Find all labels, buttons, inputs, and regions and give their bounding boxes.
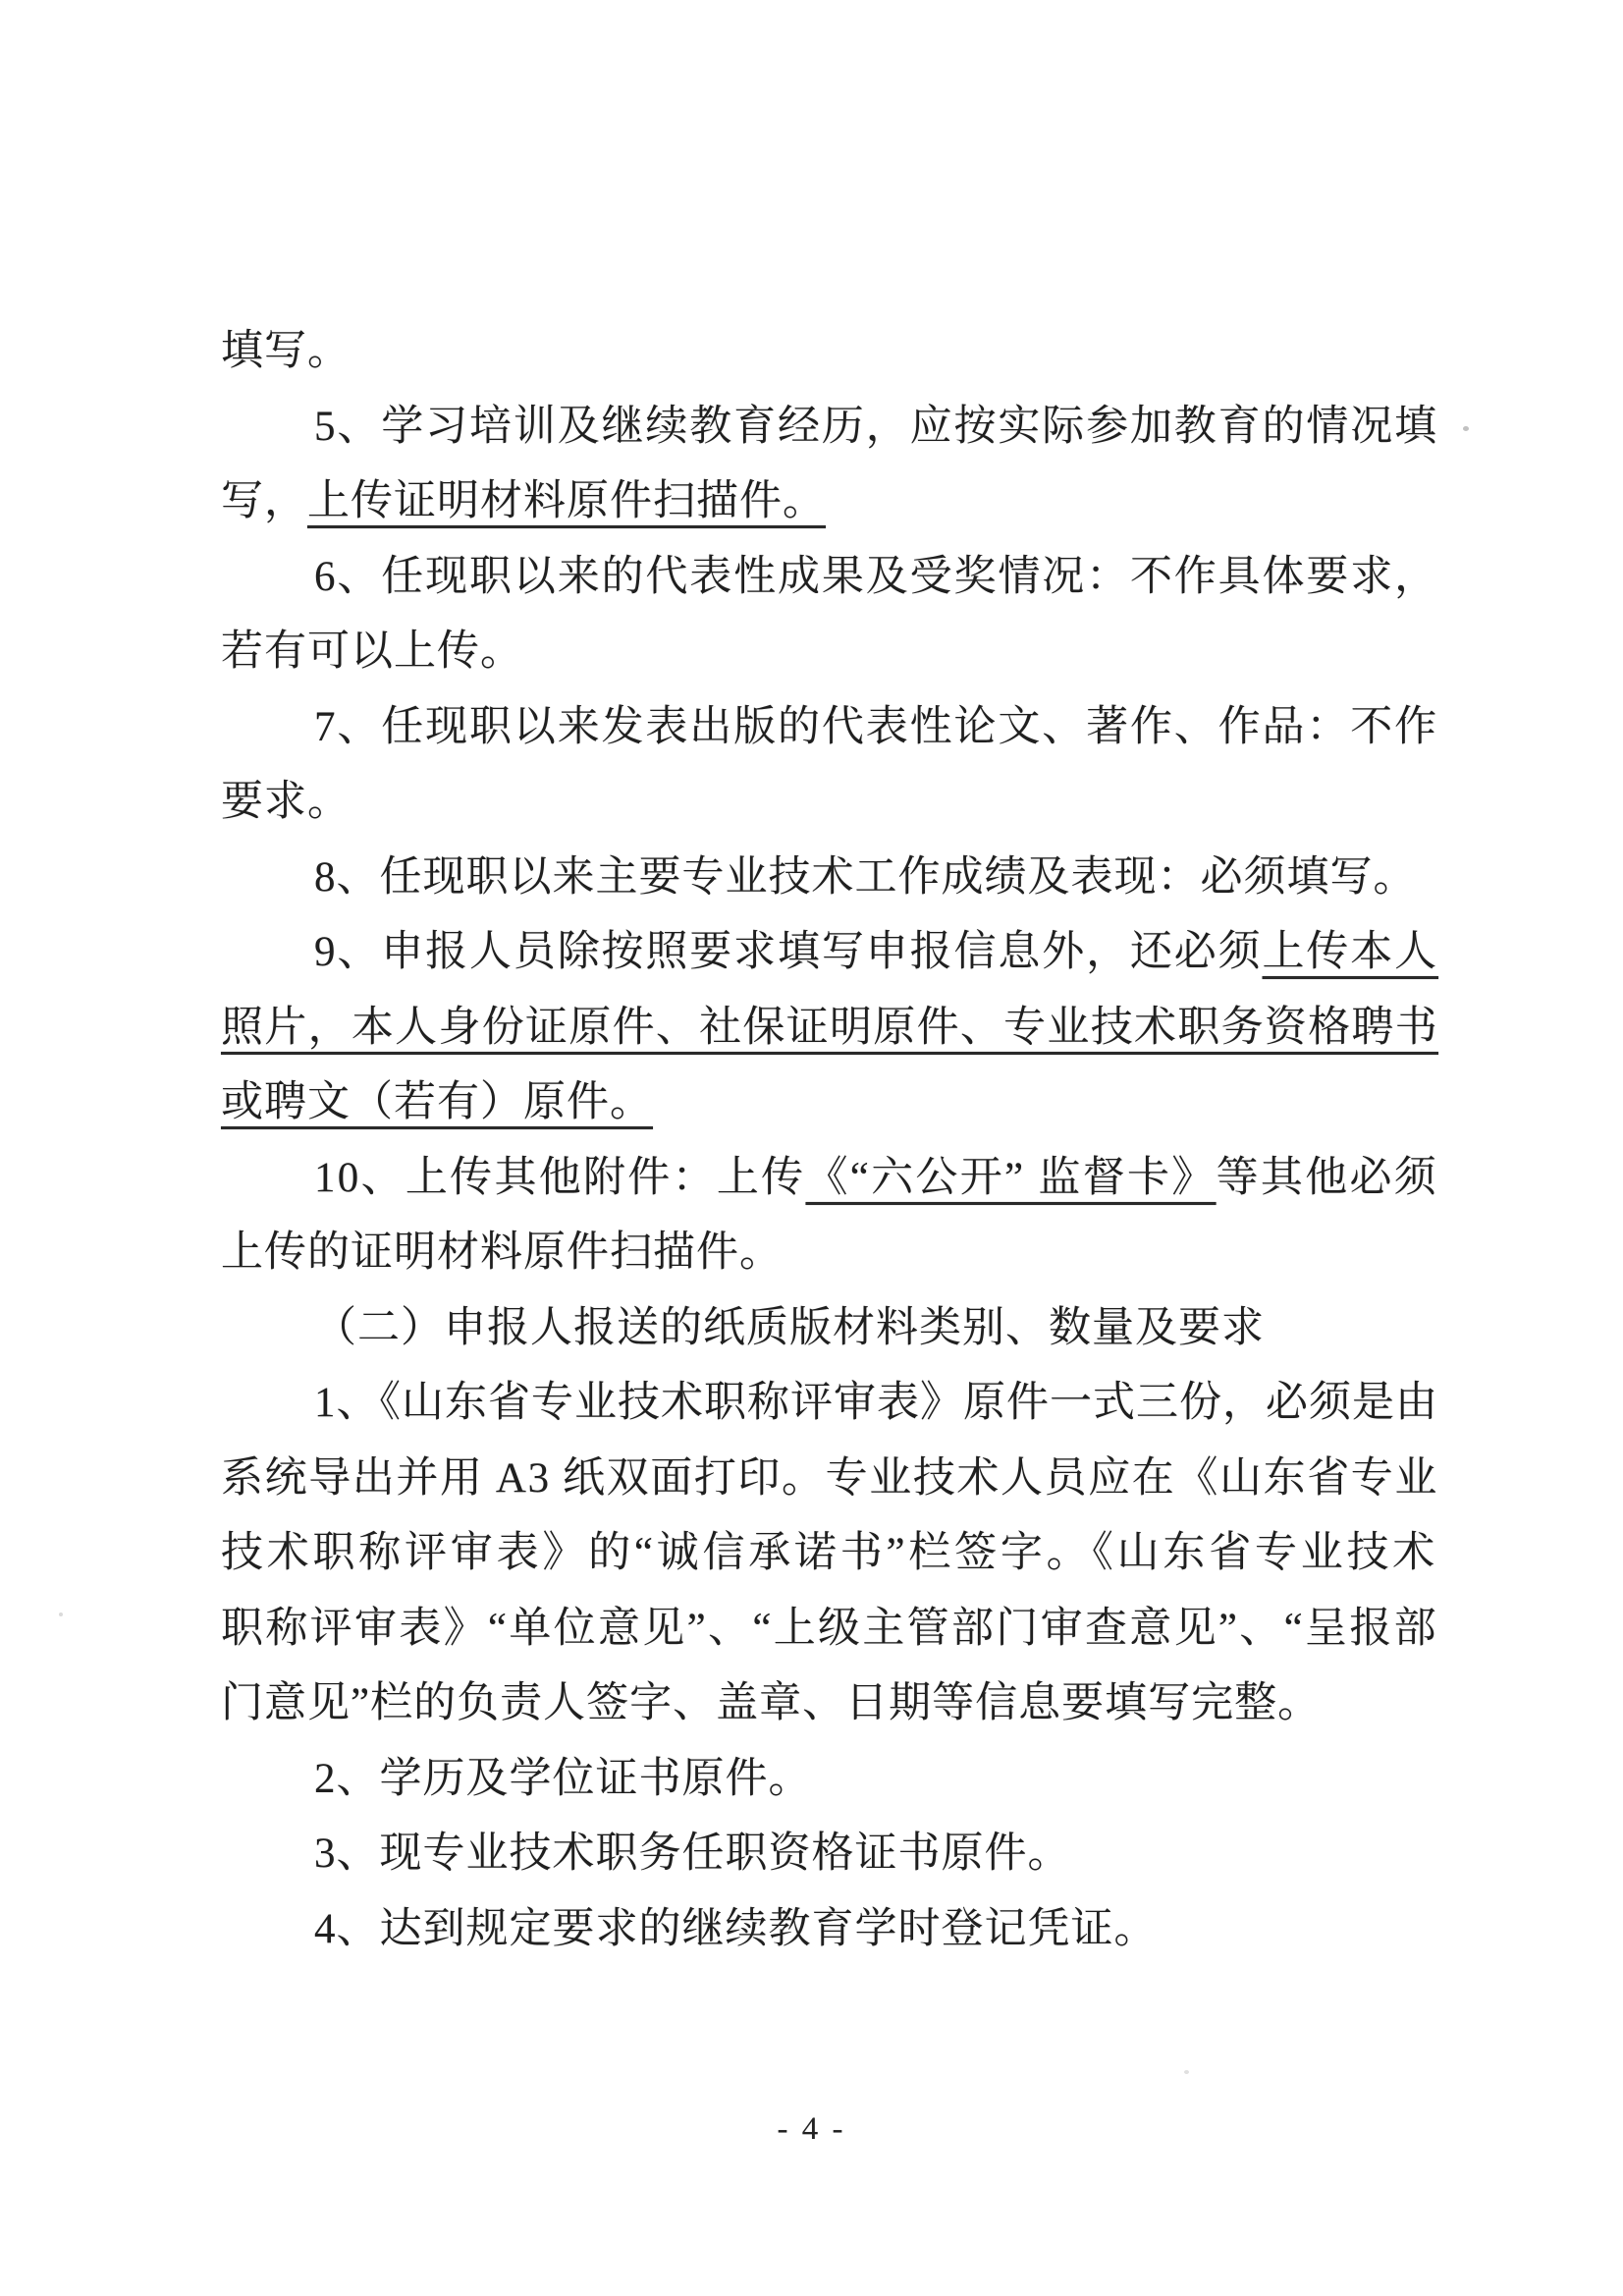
text-row: 9、申报人员除按照要求填写申报信息外，还必须上传本人 <box>314 929 1438 975</box>
text-segment: 9、申报人员除按照要求填写申报信息外，还必须 <box>314 929 1263 975</box>
underlined-text: 上传本人 <box>1263 929 1438 975</box>
text-line: 7、任现职以来发表出版的代表性论文、著作、作品：不作 <box>221 690 1438 766</box>
text-line: 5、学习培训及继续教育经历，应按实际参加教育的情况填 <box>221 390 1438 465</box>
text-row: 填写。 <box>221 328 351 374</box>
text-segment: 10、上传其他附件：上传 <box>314 1155 805 1201</box>
text-segment: 系统导出并用 A3 纸双面打印。专业技术人员应在《山东省专业 <box>221 1455 1438 1502</box>
text-segment: 等其他必须 <box>1217 1155 1438 1201</box>
text-segment: 5、学习培训及继续教育经历，应按实际参加教育的情况填 <box>314 404 1438 450</box>
text-line: （二）申报人报送的纸质版材料类别、数量及要求 <box>221 1291 1438 1367</box>
text-segment: 3、现专业技术职务任职资格证书原件。 <box>314 1831 1071 1877</box>
text-line: 4、达到规定要求的继续教育学时登记凭证。 <box>221 1892 1438 1968</box>
text-line: 技术职称评审表》的“诚信承诺书”栏签字。《山东省专业技术 <box>221 1516 1438 1592</box>
text-segment: 要求。 <box>221 779 351 825</box>
text-row: 写，上传证明材料原件扫描件。 <box>221 478 826 524</box>
text-line: 系统导出并用 A3 纸双面打印。专业技术人员应在《山东省专业 <box>221 1442 1438 1517</box>
text-line: 2、学历及学位证书原件。 <box>221 1742 1438 1818</box>
scan-speck <box>59 1613 63 1616</box>
text-line: 8、任现职以来主要专业技术工作成绩及表现：必须填写。 <box>221 841 1438 916</box>
text-line: 1、《山东省专业技术职称评审表》原件一式三份，必须是由 <box>221 1366 1438 1442</box>
scan-speck <box>1463 426 1469 431</box>
text-segment: 2、学历及学位证书原件。 <box>314 1756 812 1802</box>
text-row: 技术职称评审表》的“诚信承诺书”栏签字。《山东省专业技术 <box>221 1530 1438 1576</box>
text-row: 1、《山东省专业技术职称评审表》原件一式三份，必须是由 <box>314 1380 1438 1426</box>
text-row: 职称评审表》“单位意见”、“上级主管部门审查意见”、“呈报部 <box>221 1606 1438 1652</box>
text-line: 或聘文（若有）原件。 <box>221 1066 1438 1141</box>
text-row: 门意见”栏的负责人签字、盖章、日期等信息要填写完整。 <box>221 1680 1321 1726</box>
text-line: 上传的证明材料原件扫描件。 <box>221 1216 1438 1291</box>
text-segment: 门意见”栏的负责人签字、盖章、日期等信息要填写完整。 <box>221 1680 1321 1726</box>
text-segment: 7、任现职以来发表出版的代表性论文、著作、作品：不作 <box>314 704 1438 750</box>
text-segment: 职称评审表》“单位意见”、“上级主管部门审查意见”、“呈报部 <box>221 1606 1438 1652</box>
text-line: 照片，本人身份证原件、社保证明原件、专业技术职务资格聘书 <box>221 991 1438 1066</box>
text-row: 照片，本人身份证原件、社保证明原件、专业技术职务资格聘书 <box>221 1005 1438 1051</box>
text-segment: 写， <box>221 478 307 524</box>
text-segment: 6、任现职以来的代表性成果及受奖情况：不作具体要求， <box>314 554 1438 600</box>
underlined-text: 上传证明材料原件扫描件。 <box>307 478 826 524</box>
underlined-text: 或聘文（若有）原件。 <box>221 1079 653 1125</box>
text-line: 要求。 <box>221 765 1438 841</box>
text-line: 职称评审表》“单位意见”、“上级主管部门审查意见”、“呈报部 <box>221 1592 1438 1667</box>
text-row: 7、任现职以来发表出版的代表性论文、著作、作品：不作 <box>314 704 1438 750</box>
text-row: 系统导出并用 A3 纸双面打印。专业技术人员应在《山东省专业 <box>221 1455 1438 1502</box>
text-segment: （二）申报人报送的纸质版材料类别、数量及要求 <box>314 1305 1265 1351</box>
document-page: 填写。5、学习培训及继续教育经历，应按实际参加教育的情况填写，上传证明材料原件扫… <box>0 0 1623 2296</box>
underlined-text: 《“六公开” 监督卡》 <box>805 1155 1216 1201</box>
text-segment: 技术职称评审表》的“诚信承诺书”栏签字。《山东省专业技术 <box>221 1530 1438 1576</box>
text-line: 6、任现职以来的代表性成果及受奖情况：不作具体要求， <box>221 540 1438 616</box>
text-line: 写，上传证明材料原件扫描件。 <box>221 465 1438 540</box>
text-segment: 4、达到规定要求的继续教育学时登记凭证。 <box>314 1906 1158 1952</box>
text-row: 要求。 <box>221 779 351 825</box>
text-row: 3、现专业技术职务任职资格证书原件。 <box>314 1831 1071 1877</box>
page-number: - 4 - <box>0 2111 1623 2148</box>
text-segment: 8、任现职以来主要专业技术工作成绩及表现：必须填写。 <box>314 854 1417 901</box>
text-line: 若有可以上传。 <box>221 615 1438 690</box>
text-line: 填写。 <box>221 314 1438 390</box>
text-row: （二）申报人报送的纸质版材料类别、数量及要求 <box>314 1305 1265 1351</box>
text-row: 6、任现职以来的代表性成果及受奖情况：不作具体要求， <box>314 554 1438 600</box>
underlined-text: 照片，本人身份证原件、社保证明原件、专业技术职务资格聘书 <box>221 1005 1438 1051</box>
text-row: 若有可以上传。 <box>221 629 523 675</box>
text-row: 5、学习培训及继续教育经历，应按实际参加教育的情况填 <box>314 404 1438 450</box>
text-segment: 上传的证明材料原件扫描件。 <box>221 1230 783 1276</box>
text-line: 3、现专业技术职务任职资格证书原件。 <box>221 1817 1438 1892</box>
text-row: 8、任现职以来主要专业技术工作成绩及表现：必须填写。 <box>314 854 1417 901</box>
text-row: 上传的证明材料原件扫描件。 <box>221 1230 783 1276</box>
text-row: 或聘文（若有）原件。 <box>221 1079 653 1125</box>
text-line: 10、上传其他附件：上传《“六公开” 监督卡》等其他必须 <box>221 1141 1438 1217</box>
text-line: 门意见”栏的负责人签字、盖章、日期等信息要填写完整。 <box>221 1667 1438 1742</box>
text-line: 9、申报人员除按照要求填写申报信息外，还必须上传本人 <box>221 915 1438 991</box>
scan-speck <box>1184 2070 1189 2074</box>
document-body: 填写。5、学习培训及继续教育经历，应按实际参加教育的情况填写，上传证明材料原件扫… <box>221 314 1438 1967</box>
text-row: 2、学历及学位证书原件。 <box>314 1756 812 1802</box>
text-row: 4、达到规定要求的继续教育学时登记凭证。 <box>314 1906 1158 1952</box>
text-row: 10、上传其他附件：上传《“六公开” 监督卡》等其他必须 <box>314 1155 1438 1201</box>
text-segment: 1、《山东省专业技术职称评审表》原件一式三份，必须是由 <box>314 1380 1438 1426</box>
text-segment: 填写。 <box>221 328 351 374</box>
text-segment: 若有可以上传。 <box>221 629 523 675</box>
